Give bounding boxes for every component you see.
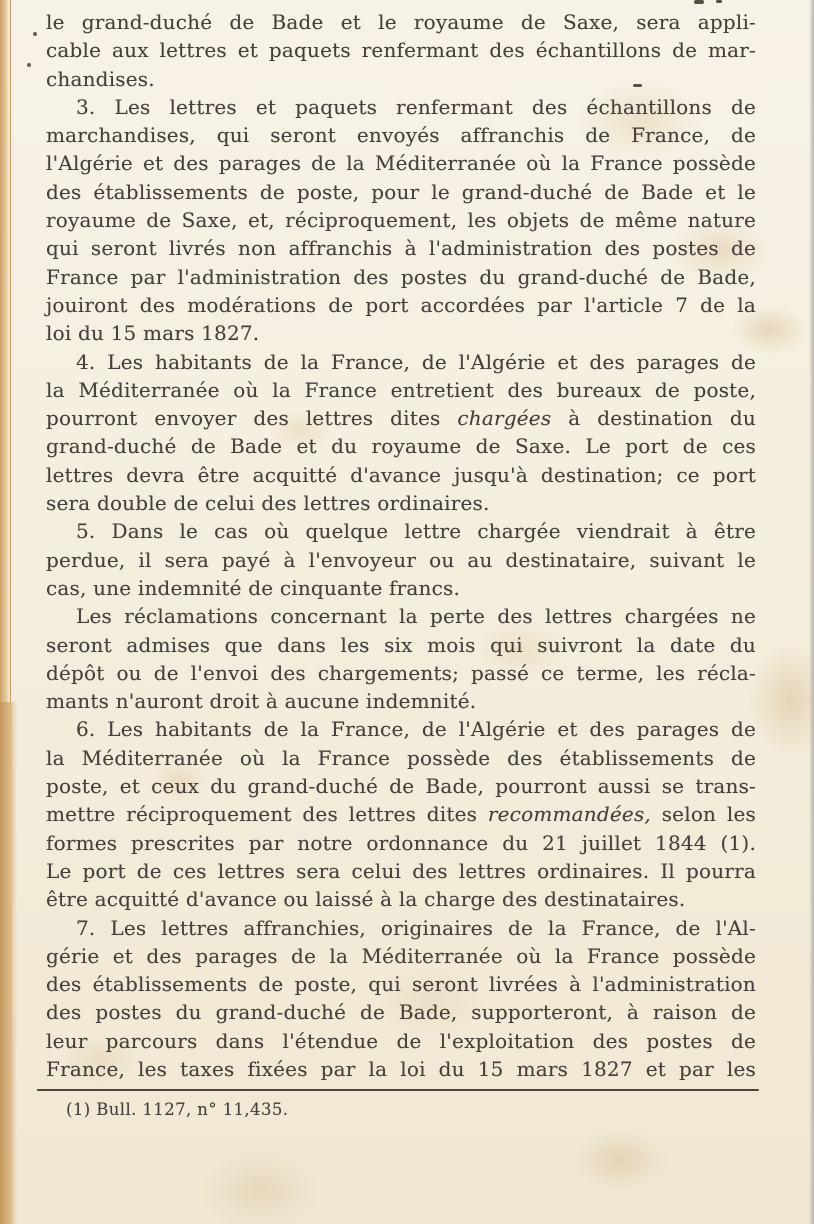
text-segment: pourront envoyer des lettres dites [46, 406, 457, 430]
text-segment: Le port de ces lettres sera celui des le… [46, 859, 756, 883]
italic-text: recommandées, [488, 802, 651, 826]
text-segment: des établissements de poste, pour le gra… [46, 180, 756, 204]
footnote-rule [37, 1089, 759, 1091]
text-line: qui seront livrés non affranchis à l'adm… [46, 234, 756, 262]
text-line: poste, et ceux du grand-duché de Bade, p… [46, 772, 756, 800]
page-edge-right [809, 0, 814, 1224]
text-segment: mettre réciproquement des lettres dites [46, 802, 488, 826]
text-line: marchandises, qui seront envoyés affranc… [46, 121, 756, 149]
text-segment: la Méditerranée où la France possède des… [46, 746, 756, 770]
text-line: perdue, il sera payé à l'envoyeur ou au … [46, 546, 756, 574]
text-line: le grand-duché de Bade et le royaume de … [46, 8, 756, 36]
text-segment: chandises. [46, 67, 155, 91]
text-segment: 4. Les habitants de la France, de l'Algé… [76, 350, 756, 374]
text-line: 5. Dans le cas où quelque lettre chargée… [46, 517, 756, 545]
text-segment: royaume de Saxe, et, réciproquement, les… [46, 208, 756, 232]
text-line: grand-duché de Bade et du royaume de Sax… [46, 432, 756, 460]
text-segment: mants n'auront droit à aucune indemnité. [46, 689, 476, 713]
body-text: le grand-duché de Bade et le royaume de … [46, 8, 756, 1083]
text-segment: la Méditerranée où la France entretient … [46, 378, 756, 402]
text-segment: des établissements de poste, qui seront … [46, 972, 756, 996]
text-segment: cas, une indemnité de cinquante francs. [46, 576, 460, 600]
text-segment: qui seront livrés non affranchis à l'adm… [46, 236, 756, 260]
text-segment: grand-duché de Bade et du royaume de Sax… [46, 434, 756, 458]
text-segment: 5. Dans le cas où quelque lettre chargée… [76, 519, 756, 543]
text-segment: Les réclamations concernant la perte des… [76, 604, 756, 628]
text-line: 3. Les lettres et paquets renfermant des… [46, 93, 756, 121]
page-edge-left-lower [0, 702, 17, 1224]
paper-speck [694, 0, 704, 4]
page: le grand-duché de Bade et le royaume de … [0, 0, 814, 1224]
text-line: lettres devra être acquitté d'avance jus… [46, 461, 756, 489]
text-line: l'Algérie et des parages de la Méditerra… [46, 149, 756, 177]
footnote: (1) Bull. 1127, n° 11,435. [66, 1100, 666, 1119]
paper-speck [27, 63, 31, 67]
text-segment: formes prescrites par notre ordonnance d… [46, 831, 756, 855]
text-segment: dépôt ou de l'envoi des chargements; pas… [46, 661, 756, 685]
text-line: loi du 15 mars 1827. [46, 319, 756, 347]
text-segment: des postes du grand-duché de Bade, suppo… [46, 1000, 756, 1024]
text-segment: 3. Les lettres et paquets renfermant des… [76, 95, 756, 119]
text-line: France par l'administration des postes d… [46, 263, 756, 291]
text-line: Le port de ces lettres sera celui des le… [46, 857, 756, 885]
text-line: la Méditerranée où la France possède des… [46, 744, 756, 772]
text-segment: loi du 15 mars 1827. [46, 321, 259, 345]
text-segment: être acquitté d'avance ou laissé à la ch… [46, 887, 685, 911]
text-segment: 7. Les lettres affranchies, originaires … [76, 916, 756, 940]
text-line: chandises. [46, 65, 756, 93]
text-line: 7. Les lettres affranchies, originaires … [46, 914, 756, 942]
text-line: royaume de Saxe, et, réciproquement, les… [46, 206, 756, 234]
paper-speck [716, 0, 722, 3]
text-line: leur parcours dans l'étendue de l'exploi… [46, 1027, 756, 1055]
text-segment: leur parcours dans l'étendue de l'exploi… [46, 1029, 756, 1053]
text-segment: cable aux lettres et paquets renfermant … [46, 38, 756, 62]
text-segment: à destination du [551, 406, 756, 430]
text-line: pourront envoyer des lettres dites charg… [46, 404, 756, 432]
text-line: seront admises que dans les six mois qui… [46, 631, 756, 659]
text-line: jouiront des modérations de port accordé… [46, 291, 756, 319]
text-line: formes prescrites par notre ordonnance d… [46, 829, 756, 857]
text-segment: France, les taxes fixées par la loi du 1… [46, 1057, 756, 1081]
text-line: dépôt ou de l'envoi des chargements; pas… [46, 659, 756, 687]
text-line: cas, une indemnité de cinquante francs. [46, 574, 756, 602]
text-line: Les réclamations concernant la perte des… [46, 602, 756, 630]
text-line: des établissements de poste, pour le gra… [46, 178, 756, 206]
text-segment: selon les [651, 802, 756, 826]
text-line: sera double de celui des lettres ordinai… [46, 489, 756, 517]
text-line: être acquitté d'avance ou laissé à la ch… [46, 885, 756, 913]
text-segment: marchandises, qui seront envoyés affranc… [46, 123, 756, 147]
text-segment: l'Algérie et des parages de la Méditerra… [46, 151, 756, 175]
italic-text: chargées [457, 406, 551, 430]
text-segment: le grand-duché de Bade et le royaume de … [46, 10, 756, 34]
text-segment: poste, et ceux du grand-duché de Bade, p… [46, 774, 756, 798]
text-line: la Méditerranée où la France entretient … [46, 376, 756, 404]
text-line: 4. Les habitants de la France, de l'Algé… [46, 348, 756, 376]
text-segment: lettres devra être acquitté d'avance jus… [46, 463, 756, 487]
text-line: 6. Les habitants de la France, de l'Algé… [46, 715, 756, 743]
text-segment: 6. Les habitants de la France, de l'Algé… [76, 717, 756, 741]
text-segment: seront admises que dans les six mois qui… [46, 633, 756, 657]
text-segment: gérie et des parages de la Méditerranée … [46, 944, 756, 968]
text-segment: perdue, il sera payé à l'envoyeur ou au … [46, 548, 756, 572]
text-line: cable aux lettres et paquets renfermant … [46, 36, 756, 64]
text-segment: France par l'administration des postes d… [46, 265, 756, 289]
text-segment: sera double de celui des lettres ordinai… [46, 491, 490, 515]
paper-speck [33, 32, 37, 36]
text-line: France, les taxes fixées par la loi du 1… [46, 1055, 756, 1083]
text-line: gérie et des parages de la Méditerranée … [46, 942, 756, 970]
text-segment: jouiront des modérations de port accordé… [46, 293, 756, 317]
text-line: des établissements de poste, qui seront … [46, 970, 756, 998]
text-line: mettre réciproquement des lettres dites … [46, 800, 756, 828]
text-line: mants n'auront droit à aucune indemnité. [46, 687, 756, 715]
text-line: des postes du grand-duché de Bade, suppo… [46, 998, 756, 1026]
